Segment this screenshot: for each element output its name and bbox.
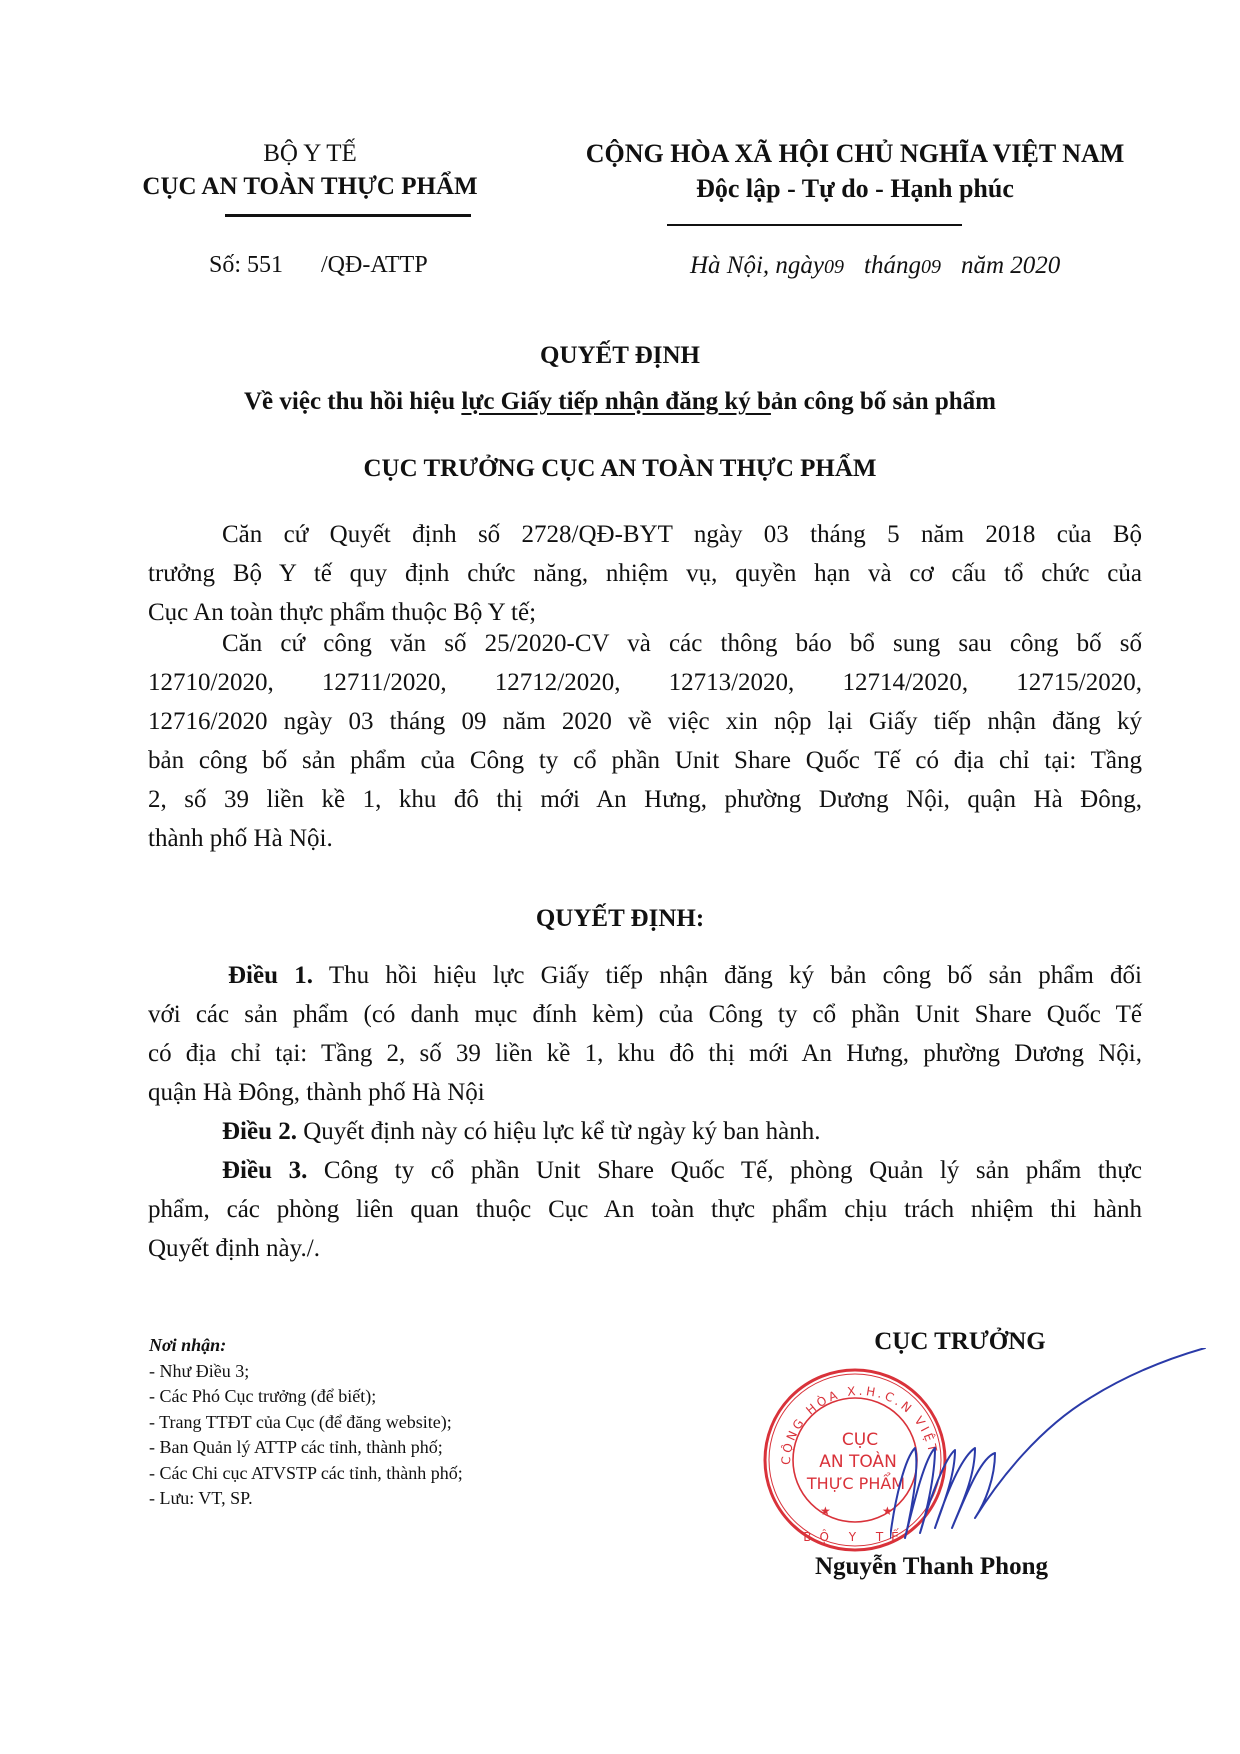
article-1-text: Thu hồi hiệu lực Giấy tiếp nhận đăng ký … — [313, 962, 1142, 989]
issuing-authority-block: BỘ Y TẾ CỤC AN TOÀN THỰC PHẨM — [120, 138, 500, 204]
signer-name: Nguyễn Thanh Phong — [815, 1553, 1048, 1581]
recipient-item: - Trang TTĐT của Cục (để đăng website); — [149, 1410, 463, 1436]
date-day: 09 — [824, 256, 844, 278]
text-line: thành phố Hà Nội. — [148, 819, 1142, 858]
article-3-label: Điều 3. — [222, 1157, 307, 1184]
recipient-item: - Các Chi cục ATVSTP các tỉnh, thành phố… — [149, 1461, 463, 1487]
article-1: Điều 1. Thu hồi hiệu lực Giấy tiếp nhận … — [148, 956, 1142, 1112]
article-3: Điều 3. Công ty cổ phần Unit Share Quốc … — [148, 1151, 1142, 1268]
document-subject: Về việc thu hồi hiệu lực Giấy tiếp nhận … — [0, 388, 1240, 416]
text-line: bản công bố sản phẩm của Công ty cổ phần… — [148, 741, 1142, 780]
text-line: 12716/2020 ngày 03 tháng 09 năm 2020 về … — [148, 702, 1142, 741]
month-label: tháng — [864, 252, 921, 279]
text-line: Điều 1. Thu hồi hiệu lực Giấy tiếp nhận … — [148, 956, 1142, 995]
svg-text:★: ★ — [820, 1504, 831, 1518]
article-2: Điều 2. Quyết định này có hiệu lực kể từ… — [148, 1112, 1142, 1151]
text-line: quận Hà Đông, thành phố Hà Nội — [148, 1073, 1142, 1112]
ministry-name: BỘ Y TẾ — [120, 138, 500, 170]
recipients-list: Nơi nhận: - Như Điều 3; - Các Phó Cục tr… — [149, 1333, 463, 1512]
text-line: với các sản phẩm (có danh mục đính kèm) … — [148, 995, 1142, 1034]
text-line: có địa chỉ tại: Tầng 2, số 39 liền kề 1,… — [148, 1034, 1142, 1073]
text-line: Căn cứ công văn số 25/2020-CV và các thô… — [148, 624, 1142, 663]
authority-title: CỤC TRƯỞNG CỤC AN TOÀN THỰC PHẨM — [0, 455, 1240, 483]
motto-underline — [667, 224, 962, 226]
document-number: Số: 551/QĐ-ATTP — [209, 252, 428, 279]
text-line: 2, số 39 liền kề 1, khu đô thị mới An Hư… — [148, 780, 1142, 819]
doc-number-label: Số: — [209, 252, 241, 278]
svg-text:AN TOÀN: AN TOÀN — [819, 1450, 897, 1472]
date-month: 09 — [921, 256, 941, 278]
text-line: 12710/2020, 12711/2020, 12712/2020, 1271… — [148, 663, 1142, 702]
article-2-label: Điều 2. — [222, 1118, 297, 1145]
subject-text-pre: Về việc thu hồi hiệu — [244, 388, 461, 415]
agency-name: CỤC AN TOÀN THỰC PHẨM — [120, 170, 500, 204]
recipient-item: - Ban Quản lý ATTP các tỉnh, thành phố; — [149, 1435, 463, 1461]
article-1-label: Điều 1. — [228, 962, 313, 989]
country-name: CỘNG HÒA XÃ HỘI CHỦ NGHĨA VIỆT NAM — [560, 138, 1150, 170]
document-type-title: QUYẾT ĐỊNH — [0, 342, 1240, 370]
recipient-item: - Lưu: VT, SP. — [149, 1486, 463, 1512]
subject-text-post: ản công bố sản phẩm — [771, 388, 996, 415]
date-year: năm 2020 — [961, 252, 1060, 279]
doc-code: /QĐ-ATTP — [321, 252, 428, 278]
text-line: Quyết định này./. — [148, 1229, 1142, 1268]
subject-text-underlined: lực Giấy tiếp nhận đăng ký b — [461, 388, 771, 415]
preamble-paragraph-2: Căn cứ công văn số 25/2020-CV và các thô… — [148, 624, 1142, 858]
national-motto: Độc lập - Tự do - Hạnh phúc — [560, 170, 1150, 208]
text-line: phẩm, các phòng liên quan thuộc Cục An t… — [148, 1190, 1142, 1229]
svg-text:CỤC: CỤC — [842, 1430, 878, 1450]
handwritten-signature-icon — [890, 1348, 1210, 1548]
recipient-item: - Các Phó Cục trưởng (để biết); — [149, 1384, 463, 1410]
text-line: Điều 2. Quyết định này có hiệu lực kể từ… — [148, 1112, 1142, 1151]
recipient-item: - Như Điều 3; — [149, 1359, 463, 1385]
text-line: Điều 3. Công ty cổ phần Unit Share Quốc … — [148, 1151, 1142, 1190]
recipients-heading: Nơi nhận: — [149, 1333, 463, 1359]
agency-underline — [225, 214, 471, 217]
doc-number-value: 551 — [247, 252, 283, 278]
national-header-block: CỘNG HÒA XÃ HỘI CHỦ NGHĨA VIỆT NAM Độc l… — [560, 138, 1150, 208]
place-and-date: Hà Nội, ngày09tháng09năm 2020 — [690, 252, 1060, 280]
article-2-text: Quyết định này có hiệu lực kể từ ngày ký… — [297, 1118, 821, 1145]
decision-heading: QUYẾT ĐỊNH: — [0, 905, 1240, 933]
place-label: Hà Nội, ngày — [690, 252, 824, 279]
preamble-paragraph-1: Căn cứ Quyết định số 2728/QĐ-BYT ngày 03… — [148, 515, 1142, 632]
text-line: Căn cứ Quyết định số 2728/QĐ-BYT ngày 03… — [148, 515, 1142, 554]
text-line: trưởng Bộ Y tế quy định chức năng, nhiệm… — [148, 554, 1142, 593]
article-3-text: Công ty cổ phần Unit Share Quốc Tế, phòn… — [307, 1157, 1142, 1184]
